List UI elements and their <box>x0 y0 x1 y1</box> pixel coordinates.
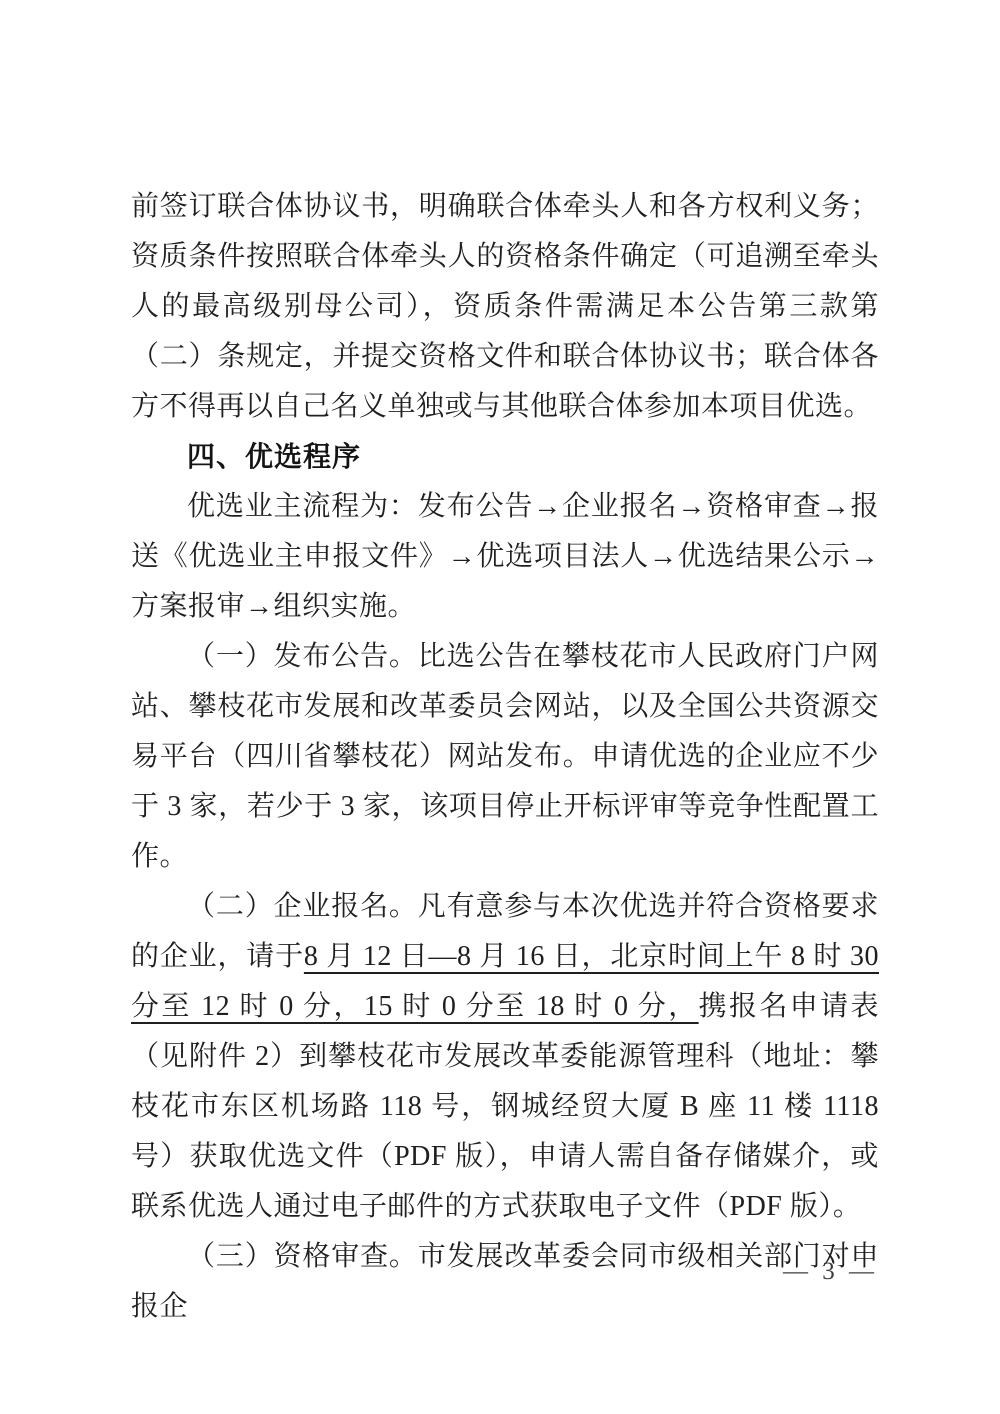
paragraph-item-3-qualification-review: （三）资格审查。市发展改革委会同市级相关部门对申报企 <box>131 1232 879 1332</box>
paragraph-consortium-continuation: 前签订联合体协议书，明确联合体牵头人和各方权利义务；资质条件按照联合体牵头人的资… <box>131 182 879 432</box>
document-body: 前签订联合体协议书，明确联合体牵头人和各方权利义务；资质条件按照联合体牵头人的资… <box>131 182 879 1332</box>
document-page: 前签订联合体协议书，明确联合体牵头人和各方权利义务；资质条件按照联合体牵头人的资… <box>0 0 1000 1414</box>
paragraph-item-2-registration: （二）企业报名。凡有意参与本次优选并符合资格要求的企业，请于8 月 12 日—8… <box>131 882 879 1232</box>
page-number: — 3 — <box>783 1258 878 1285</box>
item-2-text-post: 携报名申请表（见附件 2）到攀枝花市发展改革委能源管理科（地址：攀枝花市东区机场… <box>131 991 879 1222</box>
page-footer: — 3 — <box>783 1255 878 1289</box>
paragraph-process-flow: 优选业主流程为：发布公告→企业报名→资格审查→报送《优选业主申报文件》→优选项目… <box>131 482 879 632</box>
section-heading-selection-procedure: 四、优选程序 <box>131 432 879 482</box>
paragraph-item-1-announcement: （一）发布公告。比选公告在攀枝花市人民政府门户网站、攀枝花市发展和改革委员会网站… <box>131 632 879 882</box>
